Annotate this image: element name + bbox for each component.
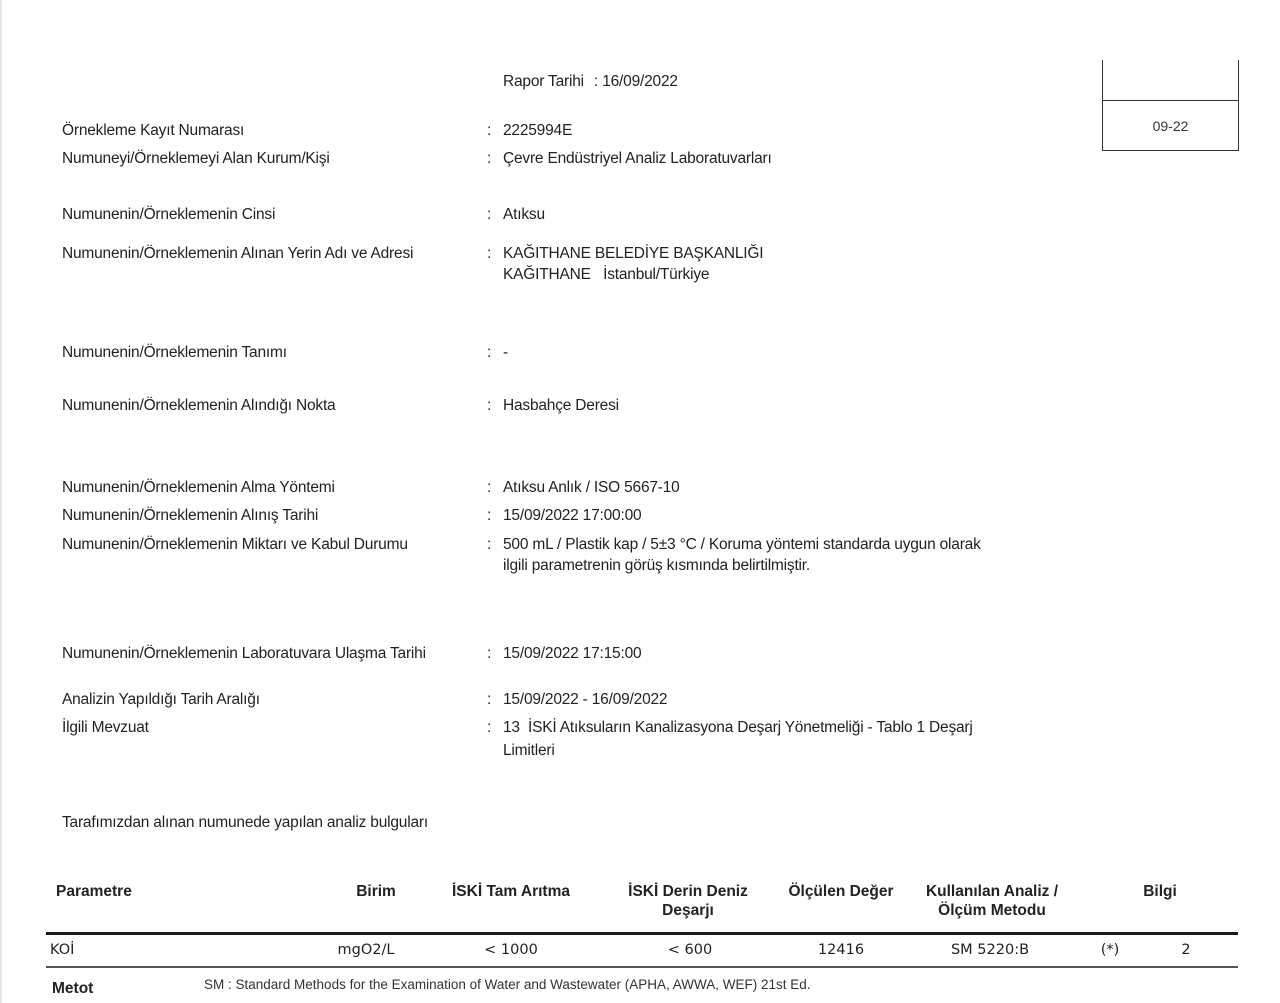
field-label-sampling-method: Numunenin/Örneklemenin Alma Yöntemi [62, 479, 335, 497]
field-value-location-address: KAĞITHANE İstanbul/Türkiye [503, 266, 709, 284]
report-date-separator: : [594, 73, 598, 90]
field-colon: : [487, 245, 491, 263]
report-date-value: 16/09/2022 [602, 73, 678, 90]
header-metod: Kullanılan Analiz / Ölçüm Metodu [906, 882, 1078, 920]
field-value-regulation-cont: Limitleri [503, 742, 555, 760]
field-colon: : [487, 479, 491, 497]
header-parametre: Parametre [56, 882, 132, 901]
field-label-lab-arrival-date: Numunenin/Örneklemenin Laboratuvara Ulaş… [62, 645, 426, 663]
cell-metod: SM 5220:B [920, 942, 1060, 958]
field-colon: : [487, 645, 491, 663]
header-metod-line2: Ölçüm Metodu [906, 901, 1078, 920]
header-derin-deniz: İSKİ Derin Deniz Deşarjı [606, 882, 770, 920]
field-colon: : [487, 397, 491, 415]
field-value-sampling-point: Hasbahçe Deresi [503, 397, 619, 415]
cell-parametre: KOİ [50, 942, 74, 958]
field-label-regulation: İlgili Mevzuat [62, 719, 149, 737]
field-label-analysis-date-range: Analizin Yapıldığı Tarih Aralığı [62, 691, 260, 709]
report-date: Rapor Tarihi : 16/09/2022 [503, 73, 678, 91]
field-value-sample-record-no: 2225994E [503, 122, 572, 140]
field-colon: : [487, 507, 491, 525]
footer-metot-label: Metot [52, 979, 93, 998]
field-label-sampling-point: Numunenin/Örneklemenin Alındığı Nokta [62, 397, 335, 415]
field-label-location-address: Numunenin/Örneklemenin Alınan Yerin Adı … [62, 245, 413, 263]
field-label-description: Numunenin/Örneklemenin Tanımı [62, 344, 287, 362]
field-label-sampling-date: Numunenin/Örneklemenin Alınış Tarihi [62, 507, 318, 525]
cell-derin-deniz: < 600 [620, 942, 760, 958]
field-value-quantity-acceptance: 500 mL / Plastik kap / 5±3 °C / Koruma y… [503, 536, 981, 554]
field-value-quantity-acceptance-cont: ilgili parametrenin görüş kısmında belir… [503, 557, 810, 575]
header-birim: Birim [336, 882, 416, 901]
table-row-rule [46, 966, 1238, 968]
cell-bilgi: 2 [1166, 942, 1206, 958]
field-value-description: - [503, 344, 508, 362]
field-colon: : [487, 150, 491, 168]
field-value-lab-arrival-date: 15/09/2022 17:15:00 [503, 645, 641, 663]
field-label-sampler: Numuneyi/Örneklemeyi Alan Kurum/Kişi [62, 150, 330, 168]
field-label-sample-record-no: Örnekleme Kayıt Numarası [62, 122, 244, 140]
field-value-analysis-date-range: 15/09/2022 - 16/09/2022 [503, 691, 667, 709]
field-value-regulation: 13 İSKİ Atıksuların Kanalizasyona Deşarj… [503, 719, 973, 737]
header-olculen-deger: Ölçülen Değer [776, 882, 906, 901]
header-derin-deniz-line2: Deşarjı [606, 901, 770, 920]
findings-title: Tarafımızdan alınan numunede yapılan ana… [62, 814, 428, 832]
field-value-sampling-date: 15/09/2022 17:00:00 [503, 507, 641, 525]
header-bilgi: Bilgi [1120, 882, 1200, 901]
footer-metot-text: SM : Standard Methods for the Examinatio… [204, 977, 810, 992]
field-colon: : [487, 344, 491, 362]
document-code: 09-22 [1103, 118, 1238, 134]
field-value-location-name: KAĞITHANE BELEDİYE BAŞKANLIĞI [503, 245, 763, 263]
cell-flag: (*) [1090, 942, 1130, 958]
cell-olculen-deger: 12416 [776, 942, 906, 958]
document-code-box: 09-22 [1102, 60, 1239, 151]
field-label-sample-type: Numunenin/Örneklemenin Cinsi [62, 206, 275, 224]
field-colon: : [487, 122, 491, 140]
field-colon: : [487, 206, 491, 224]
header-tam-aritma: İSKİ Tam Arıtma [436, 882, 586, 901]
field-colon: : [487, 536, 491, 554]
code-box-divider [1103, 100, 1238, 101]
report-date-label: Rapor Tarihi [503, 73, 584, 90]
field-label-quantity-acceptance: Numunenin/Örneklemenin Miktarı ve Kabul … [62, 536, 408, 554]
field-value-sampling-method: Atıksu Anlık / ISO 5667-10 [503, 479, 680, 497]
cell-tam-aritma: < 1000 [446, 942, 576, 958]
cell-birim: mgO2/L [326, 942, 406, 958]
header-metod-line1: Kullanılan Analiz / [906, 882, 1078, 901]
field-colon: : [487, 691, 491, 709]
header-derin-deniz-line1: İSKİ Derin Deniz [606, 882, 770, 901]
field-value-sampler: Çevre Endüstriyel Analiz Laboratuvarları [503, 150, 772, 168]
field-value-sample-type: Atıksu [503, 206, 545, 224]
page-edge [0, 0, 2, 1003]
field-colon: : [487, 719, 491, 737]
table-header-rule [46, 932, 1238, 935]
